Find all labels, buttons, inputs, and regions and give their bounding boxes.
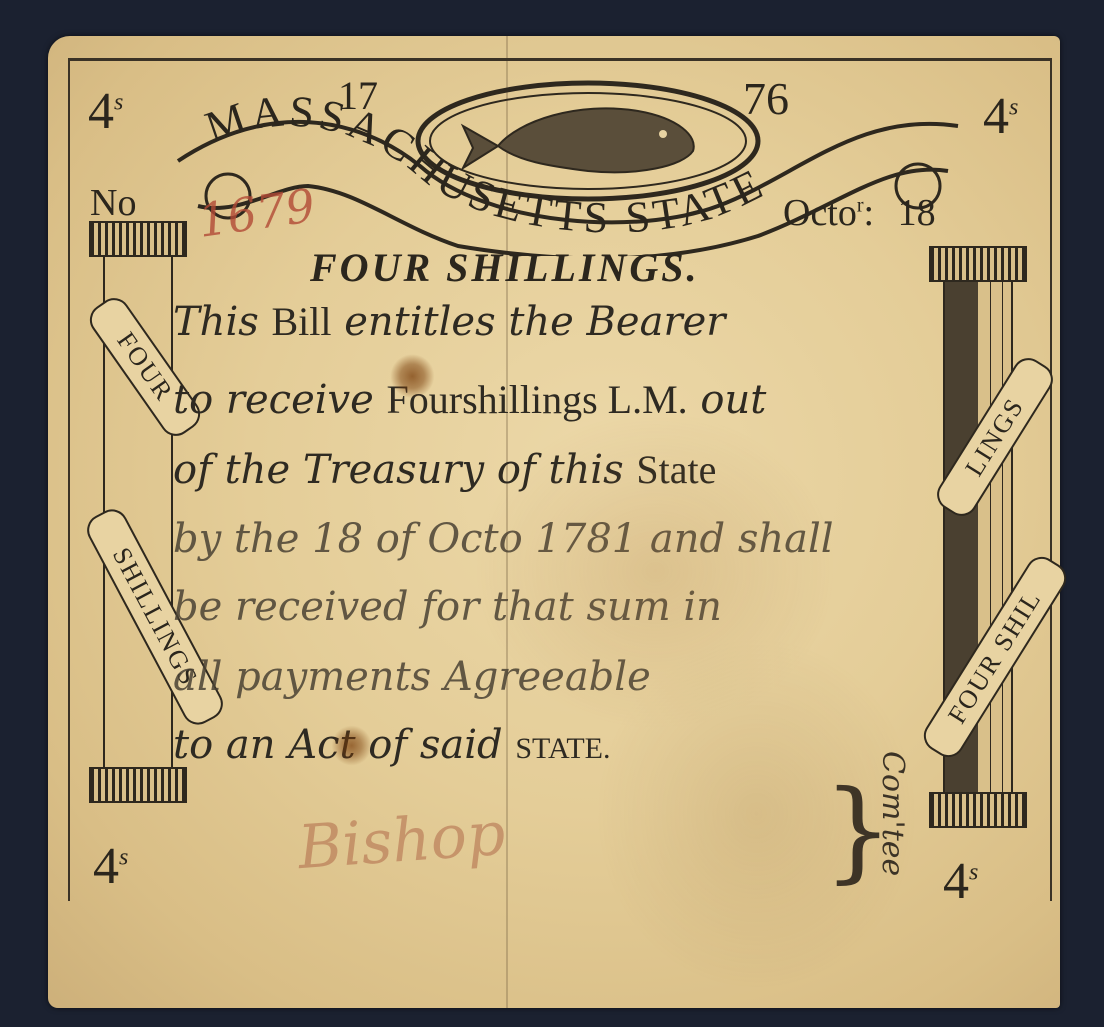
- denomination-sup: s: [119, 845, 128, 871]
- body-line-7: to an Act of said STATE.: [173, 722, 610, 768]
- denomination-title: FOUR SHILLINGS.: [310, 244, 700, 291]
- date-sup: r: [857, 194, 864, 216]
- signature: Bishop: [296, 799, 508, 883]
- denomination-value: 4: [983, 88, 1009, 145]
- denomination-sup: s: [114, 90, 123, 116]
- denomination-top-left: 4s: [88, 86, 123, 138]
- body-line-2: to receive Fourshillings L.M. out: [173, 376, 766, 423]
- denomination-bottom-left: 4s: [93, 841, 128, 893]
- denomination-sup: s: [1009, 95, 1018, 121]
- column-capital: [929, 246, 1027, 282]
- date-month: Octo: [783, 192, 857, 234]
- body-line-6: all payments Agreeable: [173, 654, 651, 700]
- column-base: [89, 767, 187, 803]
- issue-date: Octor: 18: [783, 191, 936, 235]
- banknote: 4s 4s 4s 4s 17 76 MASSACHUSETTS STATE: [48, 36, 1060, 1008]
- body-line-3: of the Treasury of this State: [173, 446, 716, 493]
- number-label: No: [90, 181, 136, 225]
- denomination-value: 4: [943, 853, 969, 910]
- denomination-top-right: 4s: [983, 91, 1018, 143]
- body-line-1: This Bill entitles the Bearer: [173, 298, 725, 345]
- committee-label: Com'tee: [875, 751, 910, 876]
- date-day: 18: [898, 192, 936, 234]
- denomination-sup: s: [969, 860, 978, 886]
- column-base: [929, 792, 1027, 828]
- codfish-icon: [463, 108, 694, 172]
- denomination-value: 4: [93, 838, 119, 895]
- body-line-5: be received for that sum in: [173, 584, 722, 630]
- body-line-4: by the 18 of Octo 1781 and shall: [173, 516, 834, 562]
- column-capital: [89, 221, 187, 257]
- denomination-value: 4: [88, 83, 114, 140]
- denomination-bottom-right: 4s: [943, 856, 978, 908]
